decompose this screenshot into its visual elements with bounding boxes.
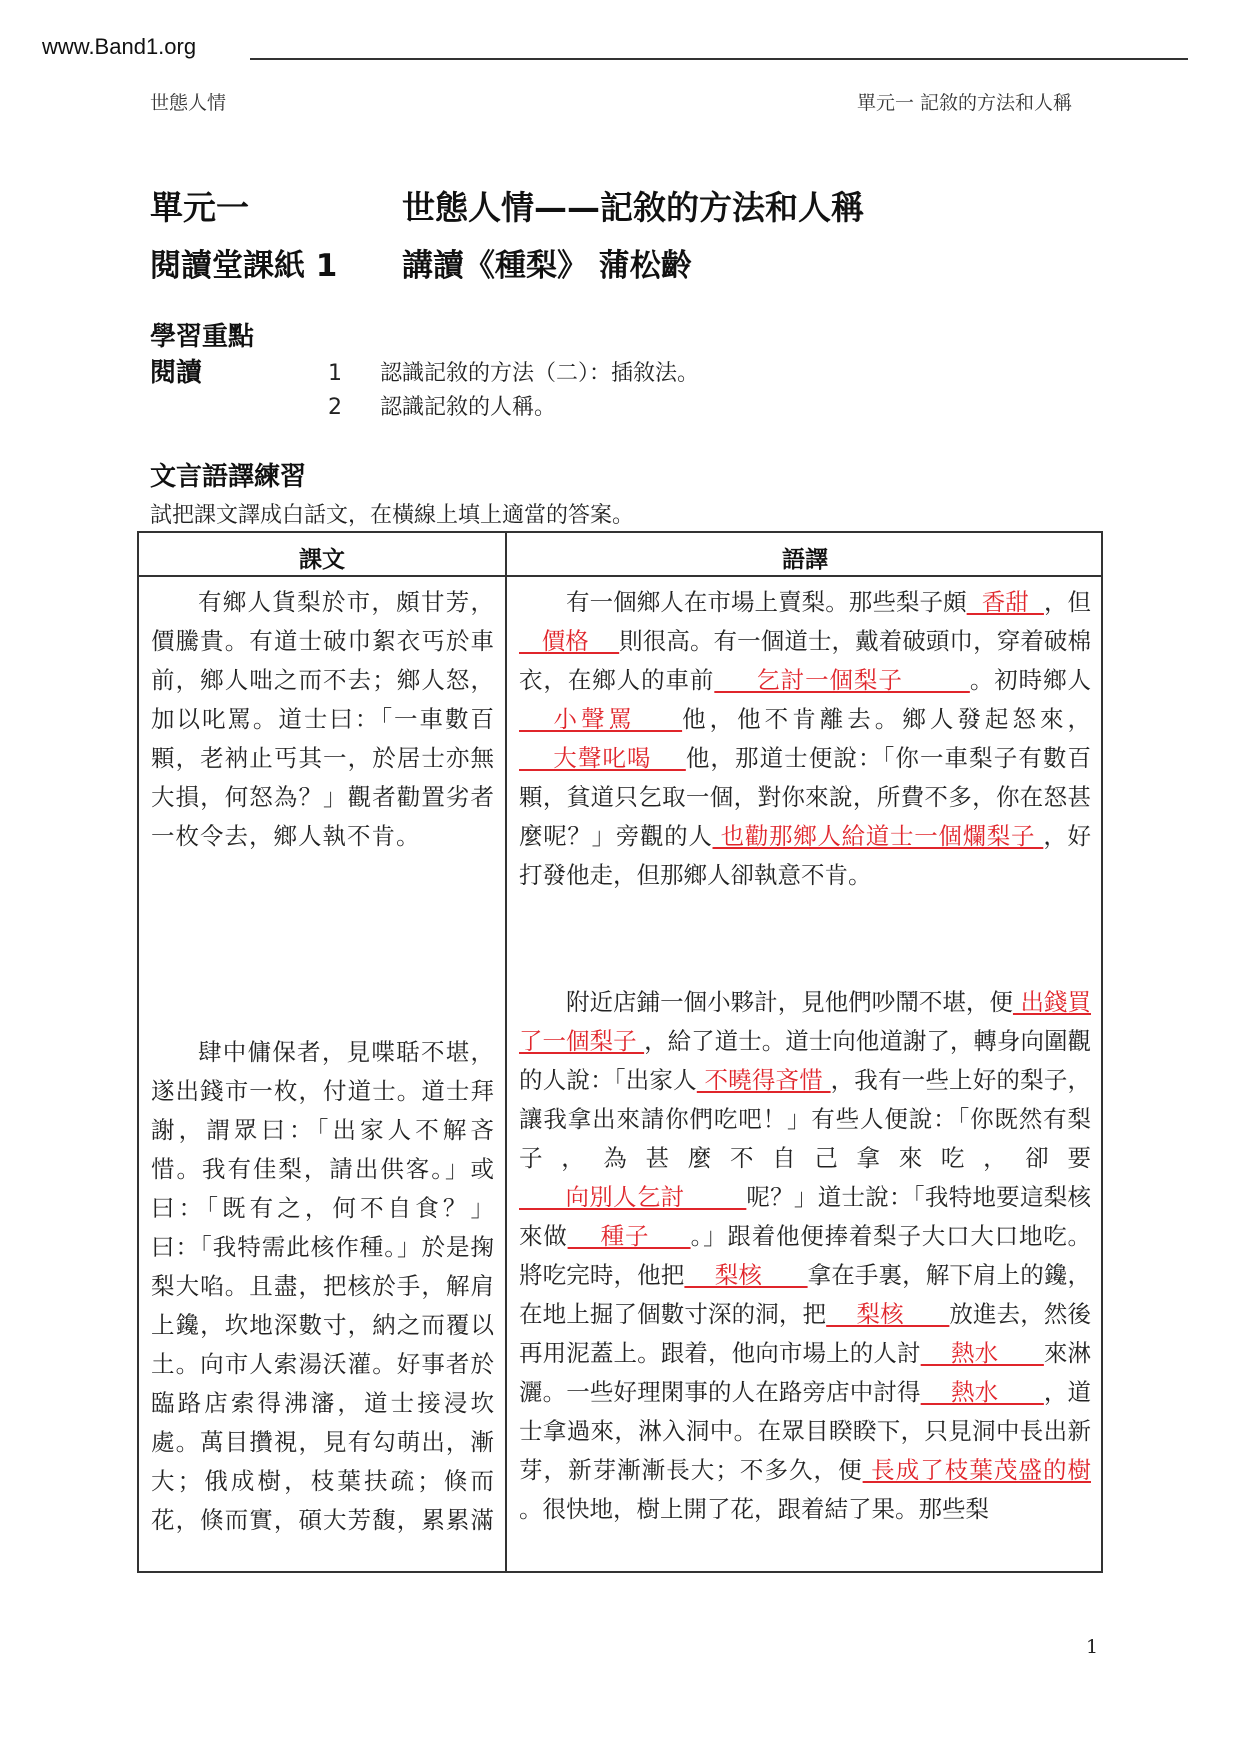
answer-blank[interactable]: 梨核 <box>826 1300 949 1328</box>
goal-number: 2 <box>328 395 380 420</box>
exercise-instruction: 試把課文譯成白話文，在橫線上填上適當的答案。 <box>150 498 634 529</box>
goal-number: 1 <box>328 361 380 386</box>
answer-blank[interactable]: 熱水 <box>921 1378 1044 1406</box>
answer-blank[interactable]: 小聲罵 <box>519 705 682 733</box>
translation-paragraph-1: 有一個鄉人在市場上賣梨。那些梨子頗 香甜 ，但 價格 則很高。有一個道士，戴着破… <box>519 583 1091 895</box>
translation-paragraph-2: 附近店鋪一個小夥計，見他們吵鬧不堪，便 出錢買了一個梨子 ，給了道士。道士向他道… <box>519 983 1091 1533</box>
answer-blank[interactable]: 熱水 <box>921 1339 1044 1367</box>
learning-focus-category: 閱讀 <box>150 352 202 389</box>
learning-goal-1: 1認識記敘的方法（二）：插敘法。 <box>328 356 699 387</box>
worksheet-label: 閱讀堂課紙 1 <box>150 240 402 285</box>
lesson-title-row: 閱讀堂課紙 1講讀《種梨》 蒲松齡 <box>150 240 692 285</box>
learning-focus-heading: 學習重點 <box>150 316 254 353</box>
answer-blank[interactable]: 乞討一個梨子 <box>714 666 970 694</box>
answer-blank[interactable]: 價格 <box>519 627 619 655</box>
page-number: 1 <box>1086 1636 1098 1658</box>
unit-label: 單元一 <box>150 182 402 229</box>
header-rule <box>250 58 1188 60</box>
answer-blank[interactable]: 向別人乞討 <box>519 1183 746 1211</box>
answer-blank[interactable]: 不曉得吝惜 <box>697 1066 831 1094</box>
source-paragraph-1: 有鄉人貨梨於市，頗甘芳，價騰貴。有道士破巾絮衣丐於車前，鄉人咄之而不去；鄉人怒，… <box>151 583 495 856</box>
answer-blank[interactable]: 梨核 <box>684 1261 807 1289</box>
running-header-right: 單元一 記敘的方法和人稱 <box>857 88 1072 115</box>
column-divider <box>505 533 507 1571</box>
site-url[interactable]: www.Band1.org <box>42 34 196 60</box>
translation-table: 課文 語譯 有鄉人貨梨於市，頗甘芳，價騰貴。有道士破巾絮衣丐於車前，鄉人咄之而不… <box>137 531 1103 1573</box>
column-header-source: 課文 <box>139 541 505 574</box>
learning-goal-2: 2認識記敘的人稱。 <box>328 390 556 421</box>
exercise-heading: 文言語譯練習 <box>150 456 306 493</box>
unit-title: 世態人情——記敘的方法和人稱 <box>402 188 864 227</box>
table-header-row: 課文 語譯 <box>139 533 1101 577</box>
answer-blank[interactable]: 香甜 <box>967 588 1044 616</box>
goal-text: 認識記敘的方法（二）：插敘法。 <box>380 361 699 386</box>
running-header-left: 世態人情 <box>150 88 226 115</box>
lesson-title: 講讀《種梨》 蒲松齡 <box>402 248 692 284</box>
column-header-translation: 語譯 <box>507 541 1103 574</box>
answer-blank[interactable]: 種子 <box>568 1222 691 1250</box>
answer-blank[interactable]: 長成了枝葉茂盛的樹 <box>863 1456 1091 1484</box>
answer-blank[interactable]: 也勸那鄉人給道士一個爛梨子 <box>713 822 1044 850</box>
unit-title-row: 單元一世態人情——記敘的方法和人稱 <box>150 182 864 229</box>
source-paragraph-2: 肆中傭保者，見喋聒不堪，遂出錢市一枚，付道士。道士拜謝，謂眾曰：「出家人不解吝惜… <box>151 1033 495 1541</box>
goal-text: 認識記敘的人稱。 <box>380 395 556 420</box>
answer-blank[interactable]: 大聲叱喝 <box>519 744 686 772</box>
